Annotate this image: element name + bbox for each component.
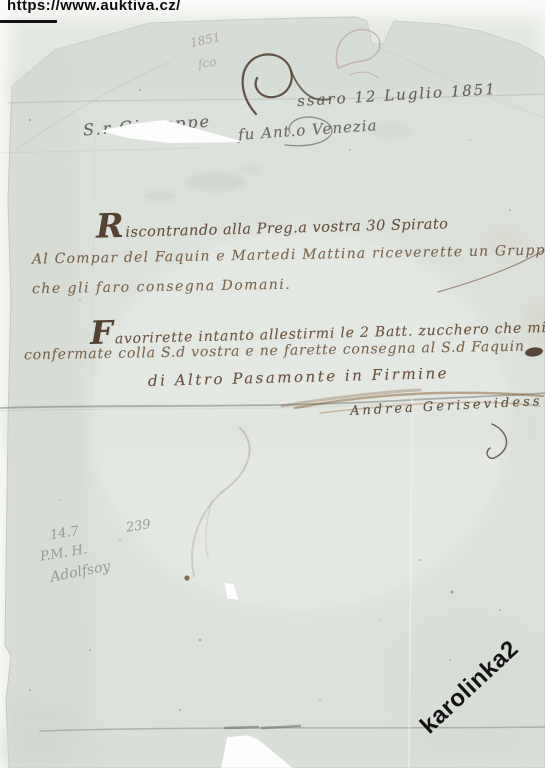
scanned-letter-screenshot: 1851 fco ssaro 12 Luglio 1851 S.r Giusep… — [0, 0, 545, 768]
url-underline — [0, 20, 57, 23]
source-url-overlay: https://www.auktiva.cz/ — [7, 0, 181, 14]
docket-franco: fco — [197, 55, 217, 71]
